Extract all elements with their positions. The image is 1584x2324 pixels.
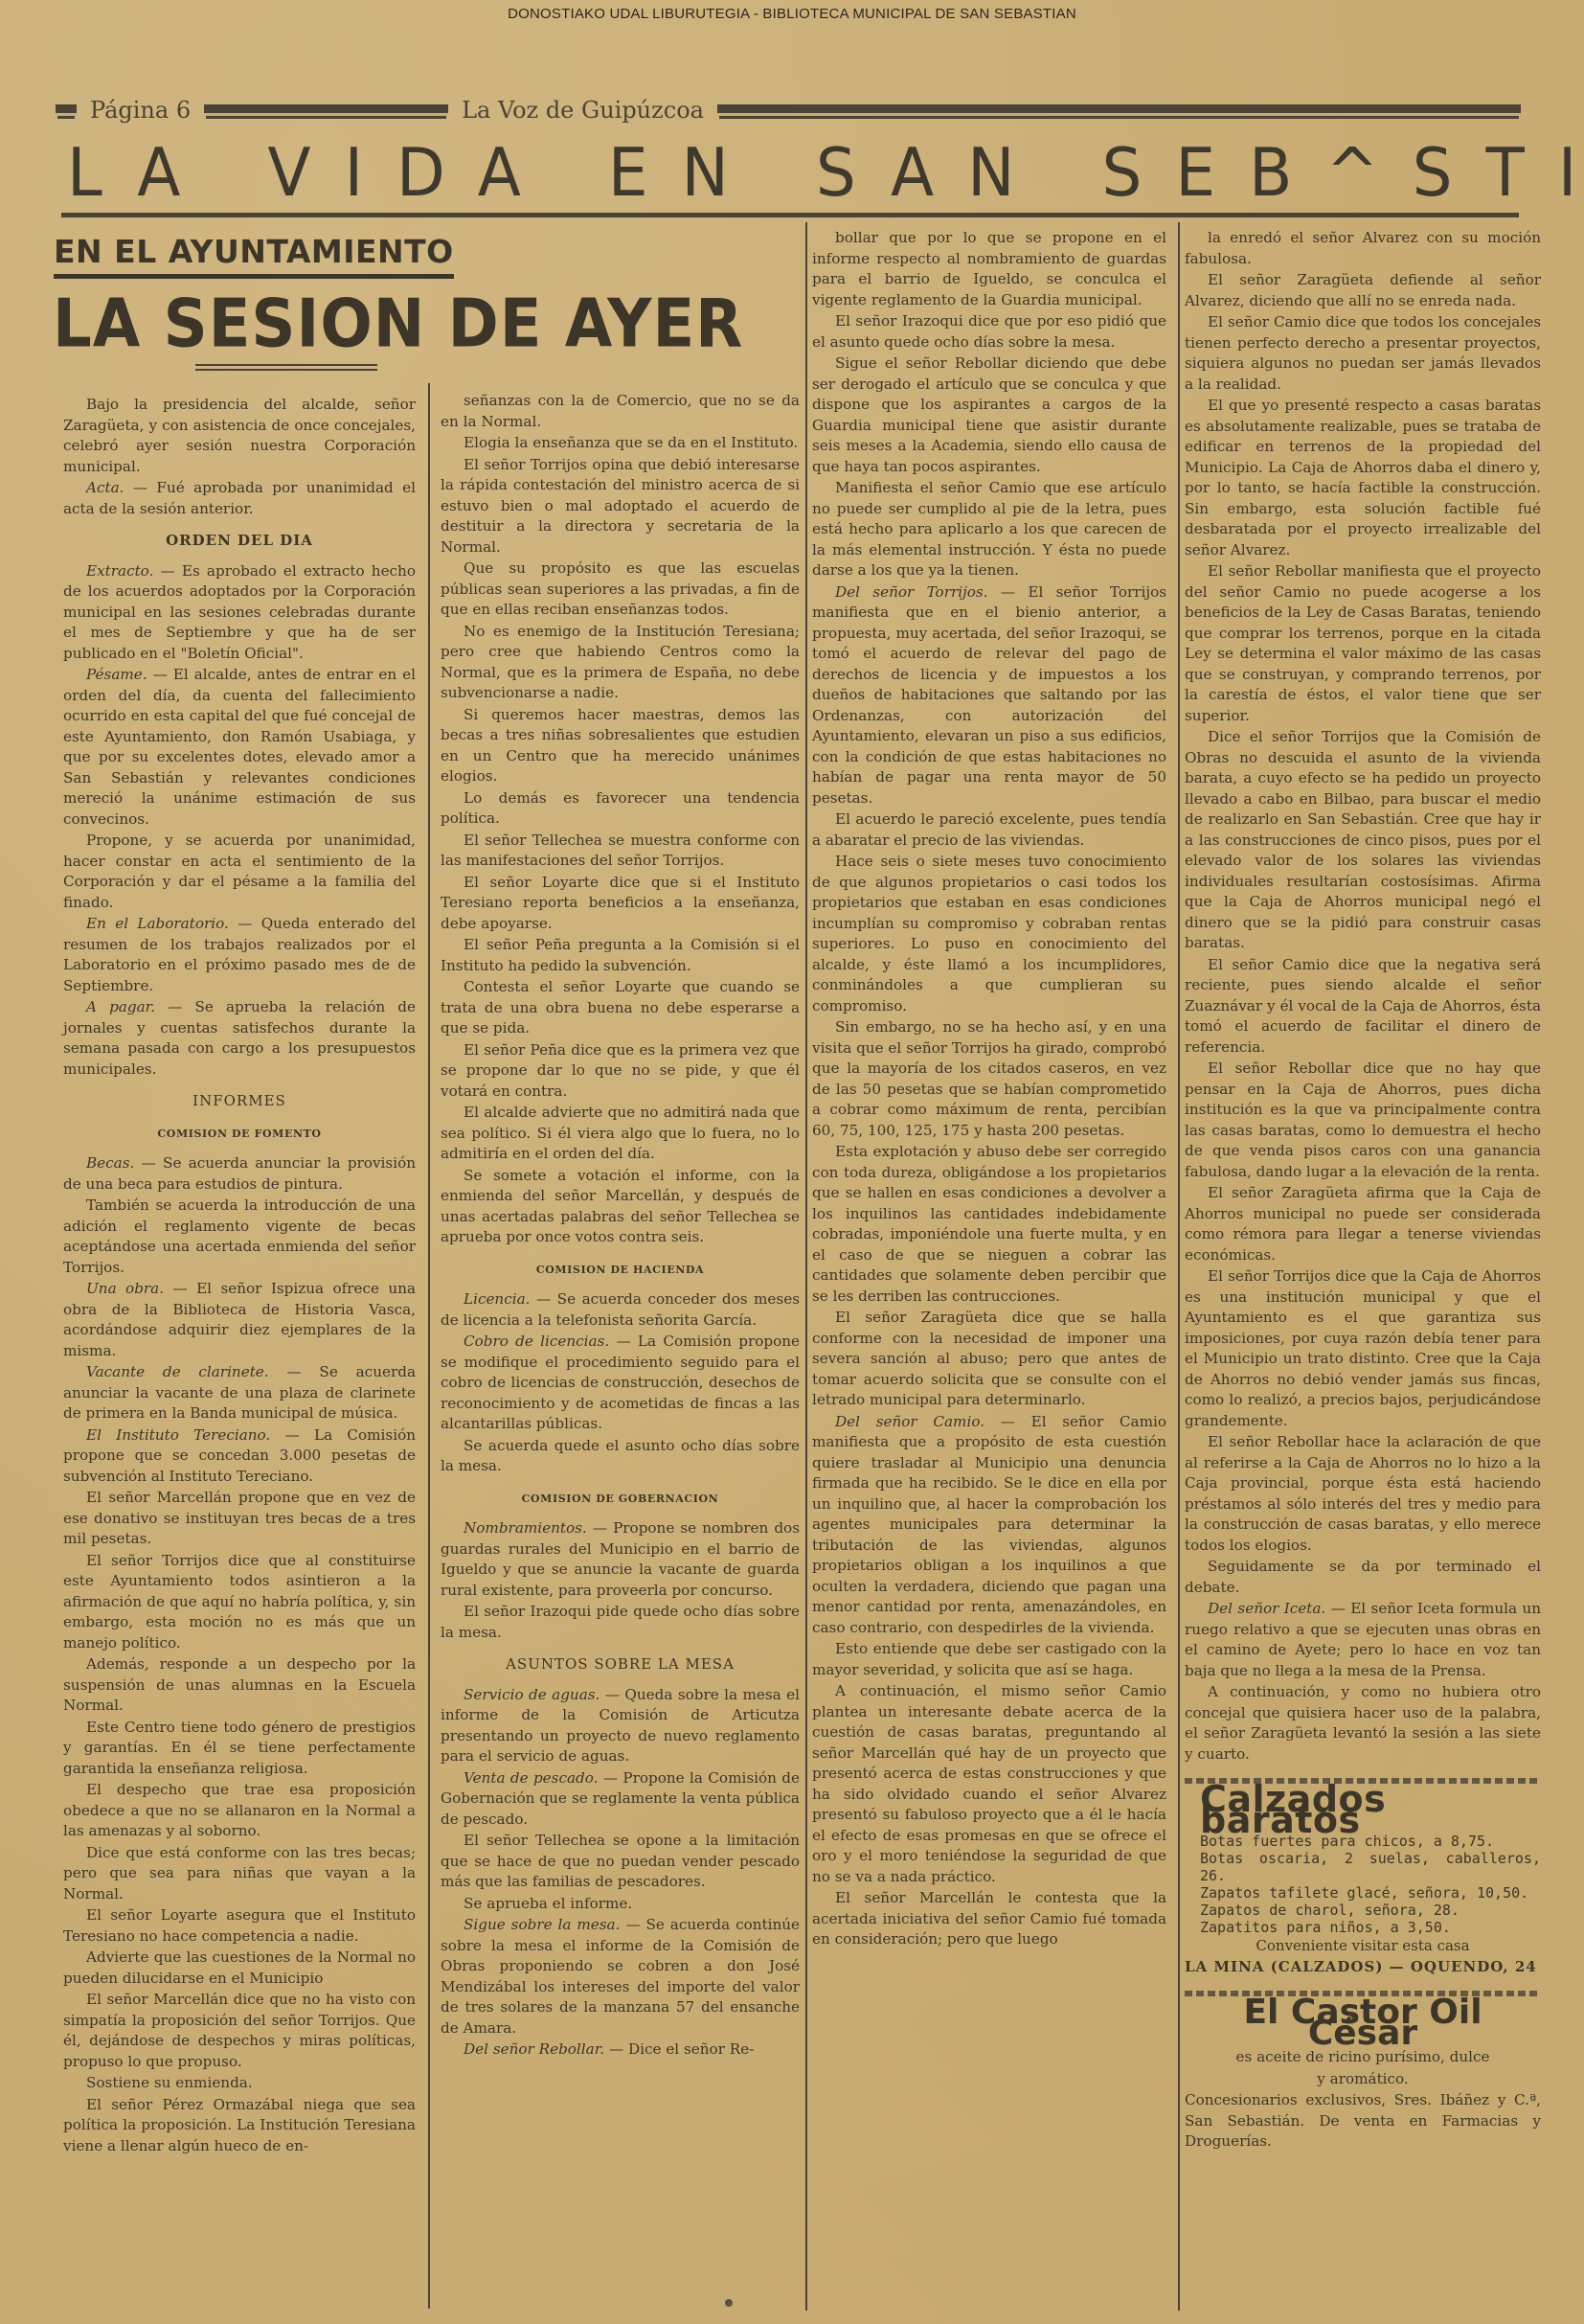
paragraph: Pésame. — El alcalde, antes de entrar en… (63, 665, 416, 830)
paragraph: Acta. — Fué aprobada por unanimidad el a… (63, 478, 416, 519)
ad-divider (1185, 1778, 1541, 1784)
paragraph-lead: Cobro de licencias. (464, 1333, 609, 1350)
paragraph: Se somete a votación el informe, con la … (441, 1166, 800, 1248)
paragraph: El señor Tellechea se muestra conforme c… (441, 831, 800, 872)
paragraph-lead: Extracto. (86, 562, 153, 580)
ad-castor-dealers: Concesionarios exclusivos, Sres. Ibáñez … (1185, 2090, 1541, 2153)
paragraph: El despecho que trae esa proposición obe… (63, 1780, 416, 1842)
ad-line: Botas oscaria, 2 suelas, caballeros, 26. (1200, 1850, 1541, 1884)
column-divider (428, 383, 430, 2309)
paragraph: la enredó el señor Alvarez con su moción… (1185, 228, 1541, 269)
subheading: COMISION DE HACIENDA (441, 1260, 800, 1281)
paragraph: El señor Peña dice que es la primera vez… (441, 1040, 800, 1103)
section-title: LA VIDA EN SAN SEB^STIAN (67, 134, 1523, 212)
ad-line: Zapatos tafilete glacé, señora, 10,50. (1200, 1884, 1541, 1902)
ad-castor-line: y aromático. (1185, 2069, 1541, 2090)
paragraph: Esta explotación y abuso debe ser correg… (812, 1142, 1166, 1307)
paragraph: El señor Tellechea se opone a la limitac… (441, 1831, 800, 1893)
ad-address: LA MINA (CALZADOS) — OQUENDO, 24 (1185, 1957, 1541, 1978)
paragraph-lead: El Instituto Tereciano. (86, 1426, 270, 1444)
subheading: COMISION DE GOBERNACION (441, 1489, 800, 1510)
subheading: ORDEN DEL DIA (63, 531, 416, 552)
paragraph: El señor Camio dice que todos los concej… (1185, 312, 1541, 395)
paragraph-lead: Del señor Camio. (835, 1413, 984, 1430)
paragraph: Contesta el señor Loyarte que cuando se … (441, 977, 800, 1039)
paragraph: Propone, y se acuerda por unanimidad, ha… (63, 831, 416, 913)
paragraph: También se acuerda la introducción de un… (63, 1196, 416, 1278)
paragraph: Servicio de aguas. — Queda sobre la mesa… (441, 1685, 800, 1767)
paragraph-lead: Sigue sobre la mesa. (464, 1916, 620, 1933)
paragraph: bollar que por lo que se propone en el i… (812, 228, 1166, 310)
paragraph: señanzas con la de Comercio, que no se d… (441, 391, 800, 432)
paragraph: El señor Loyarte asegura que el Institut… (63, 1905, 416, 1947)
paragraph: Extracto. — Es aprobado el extracto hech… (63, 561, 416, 665)
paragraph: Del señor Rebollar. — Dice el señor Re- (441, 2039, 800, 2061)
ad-castor-title: El Castor Oil César (1185, 2002, 1541, 2043)
ad-line: Zapatitos para niños, a 3,50. (1200, 1919, 1541, 1936)
paragraph: El señor Marcellán propone que en vez de… (63, 1488, 416, 1550)
paragraph-lead: Becas. (86, 1154, 134, 1172)
paragraph: El señor Irazoqui pide quede ocho días s… (441, 1602, 800, 1643)
paragraph-lead: Nombramientos. (464, 1519, 587, 1537)
paragraph-lead: Del señor Iceta. (1208, 1600, 1325, 1617)
ad-calzados: Calzados baratos Botas fuertes para chic… (1185, 1789, 1541, 1977)
paragraph: Dice que está conforme con las tres beca… (63, 1843, 416, 1905)
paragraph-lead: Servicio de aguas. (464, 1686, 600, 1703)
paragraph-lead: En el Laboratorio. (86, 915, 229, 932)
paragraph-lead: Venta de pescado. (464, 1769, 598, 1787)
paragraph: El señor Marcellán le contesta que la ac… (812, 1888, 1166, 1950)
paragraph: El señor Torrijos dice que al constituir… (63, 1551, 416, 1654)
article-column-4: la enredó el señor Alvarez con su moción… (1185, 228, 1541, 2153)
paragraph: El señor Rebollar manifiesta que el proy… (1185, 561, 1541, 726)
folio-rule (717, 104, 1521, 116)
paragraph: El acuerdo le pareció excelente, pues te… (812, 809, 1166, 851)
paragraph: Sigue el señor Rebollar diciendo que deb… (812, 353, 1166, 477)
paragraph: Venta de pescado. — Propone la Comisión … (441, 1768, 800, 1831)
column-divider (805, 222, 807, 2311)
article-column-3: bollar que por lo que se propone en el i… (812, 228, 1166, 1950)
newspaper-name: La Voz de Guipúzcoa (462, 97, 704, 124)
paragraph: Manifiesta el señor Camio que ese artícu… (812, 478, 1166, 581)
paragraph: Bajo la presidencia del alcalde, señor Z… (63, 395, 416, 477)
ad-divider (1185, 1991, 1541, 1996)
ad-castor-oil: El Castor Oil César es aceite de ricino … (1185, 2002, 1541, 2153)
paragraph: Esto entiende que debe ser castigado con… (812, 1639, 1166, 1680)
ad-line: Zapatos de charol, señora, 28. (1200, 1902, 1541, 1919)
paragraph: El señor Peña pregunta a la Comisión si … (441, 935, 800, 976)
paragraph: Del señor Iceta. — El señor Iceta formul… (1185, 1599, 1541, 1681)
paragraph: Dice el señor Torrijos que la Comisión d… (1185, 727, 1541, 954)
paragraph: El señor Zaragüeta dice que se halla con… (812, 1308, 1166, 1411)
section-rule (61, 213, 1519, 217)
headline-rule (195, 364, 377, 371)
paragraph: El alcalde advierte que no admitirá nada… (441, 1103, 800, 1165)
article-column-1: Bajo la presidencia del alcalde, señor Z… (63, 395, 416, 2156)
ad-line: Botas fuertes para chicos, a 8,75. (1200, 1833, 1541, 1850)
paragraph: Este Centro tiene todo género de prestig… (63, 1718, 416, 1780)
paragraph: El señor Loyarte dice que si el Institut… (441, 873, 800, 935)
ad-castor-line: es aceite de ricino purísimo, dulce (1185, 2047, 1541, 2068)
ad-tagline: Conveniente visitar esta casa (1185, 1936, 1541, 1957)
paragraph: A continuación, el mismo señor Camio pla… (812, 1681, 1166, 1887)
library-header: DONOSTIAKO UDAL LIBURUTEGIA - BIBLIOTECA… (0, 6, 1584, 22)
paragraph: Que su propósito es que las escuelas púb… (441, 558, 800, 621)
paragraph: Sostiene su enmienda. (63, 2073, 416, 2094)
column-divider (1178, 222, 1180, 2311)
paragraph: No es enemigo de la Institución Teresian… (441, 622, 800, 704)
paragraph: El señor Torrijos dice que la Caja de Ah… (1185, 1266, 1541, 1431)
paragraph-lead: Una obra. (86, 1280, 164, 1297)
paragraph: Sin embargo, no se ha hecho así, y en un… (812, 1017, 1166, 1141)
article-kicker: EN EL AYUNTAMIENTO (54, 233, 454, 279)
paragraph: Licencia. — Se acuerda conceder dos mese… (441, 1289, 800, 1331)
paragraph: Vacante de clarinete. — Se acuerda anunc… (63, 1362, 416, 1424)
paragraph: El señor Zaragüeta afirma que la Caja de… (1185, 1183, 1541, 1265)
paragraph: El Instituto Tereciano. — La Comisión pr… (63, 1425, 416, 1488)
paragraph: Del señor Camio. — El señor Camio manifi… (812, 1412, 1166, 1639)
paragraph-lead: A pagar. (86, 998, 155, 1015)
paragraph-lead: Del señor Torrijos. (835, 583, 988, 601)
paragraph: Seguidamente se da por terminado el deba… (1185, 1557, 1541, 1598)
subheading: ASUNTOS SOBRE LA MESA (441, 1654, 800, 1675)
ad-calzados-title: Calzados baratos (1200, 1789, 1541, 1831)
paragraph: El señor Rebollar hace la aclaración de … (1185, 1432, 1541, 1556)
paragraph: Del señor Torrijos. — El señor Torrijos … (812, 582, 1166, 809)
paragraph: Si queremos hacer maestras, demos las be… (441, 705, 800, 787)
paragraph: Se acuerda quede el asunto ocho días sob… (441, 1436, 800, 1477)
subheading: COMISION DE FOMENTO (63, 1124, 416, 1145)
folio-rule (56, 104, 77, 116)
article-column-2: señanzas con la de Comercio, que no se d… (441, 391, 800, 2061)
folio-rule (204, 104, 448, 116)
paragraph: El señor Zaragüeta defiende al señor Alv… (1185, 270, 1541, 311)
paragraph: El señor Camio dice que la negativa será… (1185, 955, 1541, 1059)
paragraph: El señor Marcellán dice que no ha visto … (63, 1990, 416, 2072)
article-headline: LA SESION DE AYER (53, 286, 800, 363)
paragraph: Una obra. — El señor Ispizua ofrece una … (63, 1279, 416, 1361)
paragraph: Además, responde a un despecho por la su… (63, 1654, 416, 1717)
page-number: Página 6 (90, 97, 191, 124)
paragraph: El señor Pérez Ormazábal niega que sea p… (63, 2095, 416, 2157)
paragraph: El señor Torrijos opina que debió intere… (441, 455, 800, 558)
paragraph: Sigue sobre la mesa. — Se acuerda contin… (441, 1915, 800, 2039)
paragraph: Becas. — Se acuerda anunciar la provisió… (63, 1153, 416, 1195)
paragraph: Advierte que las cuestiones de la Normal… (63, 1948, 416, 1989)
column-4-body: la enredó el señor Alvarez con su moción… (1185, 228, 1541, 1765)
paragraph: Nombramientos. — Propone se nombren dos … (441, 1518, 800, 1601)
paragraph: A continuación, y como no hubiera otro c… (1185, 1682, 1541, 1765)
paragraph: A pagar. — Se aprueba la relación de jor… (63, 997, 416, 1080)
paragraph-lead: Pésame. (86, 666, 147, 683)
paragraph-lead: Licencia. (464, 1290, 530, 1308)
paragraph: Cobro de licencias. — La Comisión propon… (441, 1332, 800, 1435)
page-mark (725, 2299, 733, 2307)
paragraph: El señor Rebollar dice que no hay que pe… (1185, 1059, 1541, 1182)
folio-line: Página 6 La Voz de Guipúzcoa (56, 94, 1521, 126)
paragraph: Se aprueba el informe. (441, 1894, 800, 1915)
paragraph: Hace seis o siete meses tuvo conocimient… (812, 852, 1166, 1016)
paragraph-lead: Vacante de clarinete. (86, 1363, 269, 1380)
paragraph: En el Laboratorio. — Queda enterado del … (63, 914, 416, 996)
paragraph-lead: Del señor Rebollar. (464, 2040, 604, 2058)
paragraph: Lo demás es favorecer una tendencia polí… (441, 788, 800, 830)
paragraph-lead: Acta. (86, 479, 124, 496)
paragraph: Elogia la enseñanza que se da en el Inst… (441, 433, 800, 454)
paragraph: El señor Irazoqui dice que por eso pidió… (812, 311, 1166, 353)
paragraph: El que yo presenté respecto a casas bara… (1185, 396, 1541, 560)
subheading: INFORMES (63, 1091, 416, 1112)
